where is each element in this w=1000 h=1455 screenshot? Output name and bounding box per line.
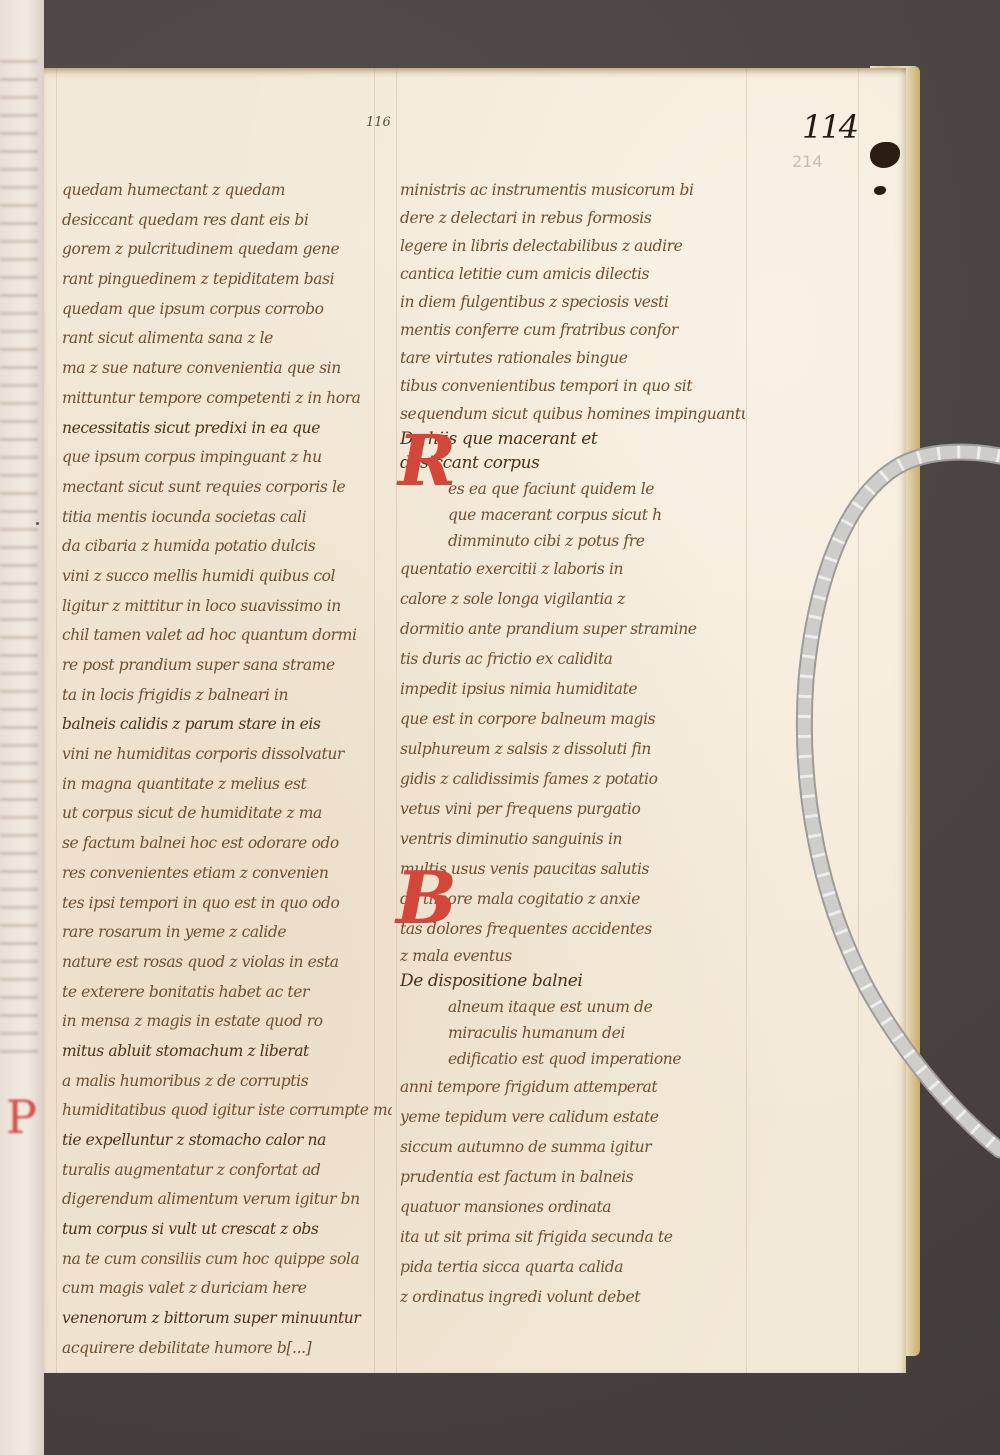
text-line: turalis augmentatur z confortat ad [62,1156,392,1186]
text-line: balneis calidis z parum stare in eis [62,710,392,740]
text-line: miraculis humanum dei [400,1020,745,1046]
folio-number: 114 [802,108,857,146]
text-line: ligitur z mittitur in loco suavissimo in [62,592,392,622]
text-line: alneum itaque est unum de [400,994,745,1020]
text-line: rant sicut alimenta sana z le [62,324,392,354]
text-line: dimminuto cibi z potus fre [400,528,745,554]
text-line: venenorum z bittorum super minuuntur [62,1304,392,1334]
ruling-line [746,68,747,1373]
text-line: vini ne humiditas corporis dissolvatur [62,740,392,770]
facing-page-text [0,60,38,1060]
red-initial-r: R [398,426,456,496]
ruling-line [858,68,859,1373]
text-line: in diem fulgentibus z speciosis vesti [400,288,745,316]
text-line: acquirere debilitate humore b[...] [62,1334,392,1364]
section-heading: De dispositione balnei [400,968,745,994]
text-line: que est in corpore balneum magis [400,704,745,734]
header-number: 116 [366,115,391,130]
text-line: z mala eventus [400,944,745,968]
text-line: mentis conferre cum fratribus confor [400,316,745,344]
text-line: tibus convenientibus tempori in quo sit [400,372,745,400]
facing-page-red-initial: P [6,1090,37,1144]
text-line: cum magis valet z duriciam here [62,1274,392,1304]
text-line: pida tertia sicca quarta calida [400,1252,745,1282]
text-line: digerendum alimentum verum igitur bn [62,1185,392,1215]
text-line: legere in libris delectabilibus z audire [400,232,745,260]
text-line: sulphureum z salsis z dissoluti fin [400,734,745,764]
manuscript-page: 116 114 214 quedam humectant z quedam de… [44,68,906,1373]
text-line: prudentia est factum in balneis [400,1162,745,1192]
text-line: dere z delectari in rebus formosis [400,204,745,232]
text-line: calore z sole longa vigilantia z [400,584,745,614]
right-column: ministris ac instrumentis musicorum bi d… [400,176,745,1312]
text-line: chil tamen valet ad hoc quantum dormi [62,621,392,651]
text-line: ta in locis frigidis z balneari in [62,681,392,711]
text-line: mectant sicut sunt requies corporis le [62,473,392,503]
text-line: tie expelluntur z stomacho calor na [62,1126,392,1156]
red-initial-b: B [396,862,457,934]
text-line: a malis humoribus z de corruptis [62,1067,392,1097]
text-line: siccum autumno de summa igitur [400,1132,745,1162]
text-line: na te cum consiliis cum hoc quippe sola [62,1245,392,1275]
text-line: titia mentis iocunda societas cali [62,503,392,533]
text-line: quedam humectant z quedam [62,176,392,206]
text-line: que ipsum corpus impinguant z hu [62,443,392,473]
text-line: tis duris ac frictio ex calidita [400,644,745,674]
text-line: humiditatibus quod igitur iste corrumpte… [62,1096,392,1126]
text-line: rant pinguedinem z tepiditatem basi [62,265,392,295]
text-line: nature est rosas quod z violas in esta [62,948,392,978]
text-line: se factum balnei hoc est odorare odo [62,829,392,859]
text-line: quentatio exercitii z laboris in [400,554,745,584]
text-line: quedam que ipsum corpus corrobo [62,295,392,325]
text-line: tum corpus si vult ut crescat z obs [62,1215,392,1245]
text-line: ut corpus sicut de humiditate z ma [62,799,392,829]
text-line: necessitatis sicut predixi in ea que [62,414,392,444]
text-line: rare rosarum in yeme z calide [62,918,392,948]
text-line: ita ut sit prima sit frigida secunda te [400,1222,745,1252]
text-line: ventris diminutio sanguinis in [400,824,745,854]
text-line: edificatio est quod imperatione [400,1046,745,1072]
ruling-line [56,68,57,1373]
text-line: dormitio ante prandium super stramine [400,614,745,644]
text-line: anni tempore frigidum attemperat [400,1072,745,1102]
margin-dot [36,522,39,525]
ruling-line [396,68,397,1373]
text-line: gorem z pulcritudinem quedam gene [62,235,392,265]
text-line: vini z succo mellis humidi quibus col [62,562,392,592]
text-line: yeme tepidum vere calidum estate [400,1102,745,1132]
text-line: da cibaria z humida potatio dulcis [62,532,392,562]
text-line: impedit ipsius nimia humiditate [400,674,745,704]
text-line: z ordinatus ingredi volunt debet [400,1282,745,1312]
text-line: cantica letitie cum amicis dilectis [400,260,745,288]
text-line: mitus abluit stomachum z liberat [62,1037,392,1067]
text-line: res convenientes etiam z convenien [62,859,392,889]
text-line: mittuntur tempore competenti z in hora [62,384,392,414]
text-line: tes ipsi tempori in quo est in quo odo [62,889,392,919]
text-line: gidis z calidissimis fames z potatio [400,764,745,794]
facing-page: P [0,0,44,1455]
text-line: que macerant corpus sicut h [400,502,745,528]
text-line: ma z sue nature convenientia que sin [62,354,392,384]
text-line: in mensa z magis in estate quod ro [62,1007,392,1037]
ink-blot [874,186,886,195]
text-line: vetus vini per frequens purgatio [400,794,745,824]
text-line: in magna quantitate z melius est [62,770,392,800]
text-line: desiccant quedam res dant eis bi [62,206,392,236]
folio-number-pencil: 214 [792,152,823,171]
text-line: tare virtutes rationales bingue [400,344,745,372]
text-line: te exterere bonitatis habet ac ter [62,978,392,1008]
ink-blot [870,142,900,168]
text-line: quatuor mansiones ordinata [400,1192,745,1222]
left-column: quedam humectant z quedam desiccant qued… [62,176,392,1364]
text-line: re post prandium super sana strame [62,651,392,681]
text-line: ministris ac instrumentis musicorum bi [400,176,745,204]
